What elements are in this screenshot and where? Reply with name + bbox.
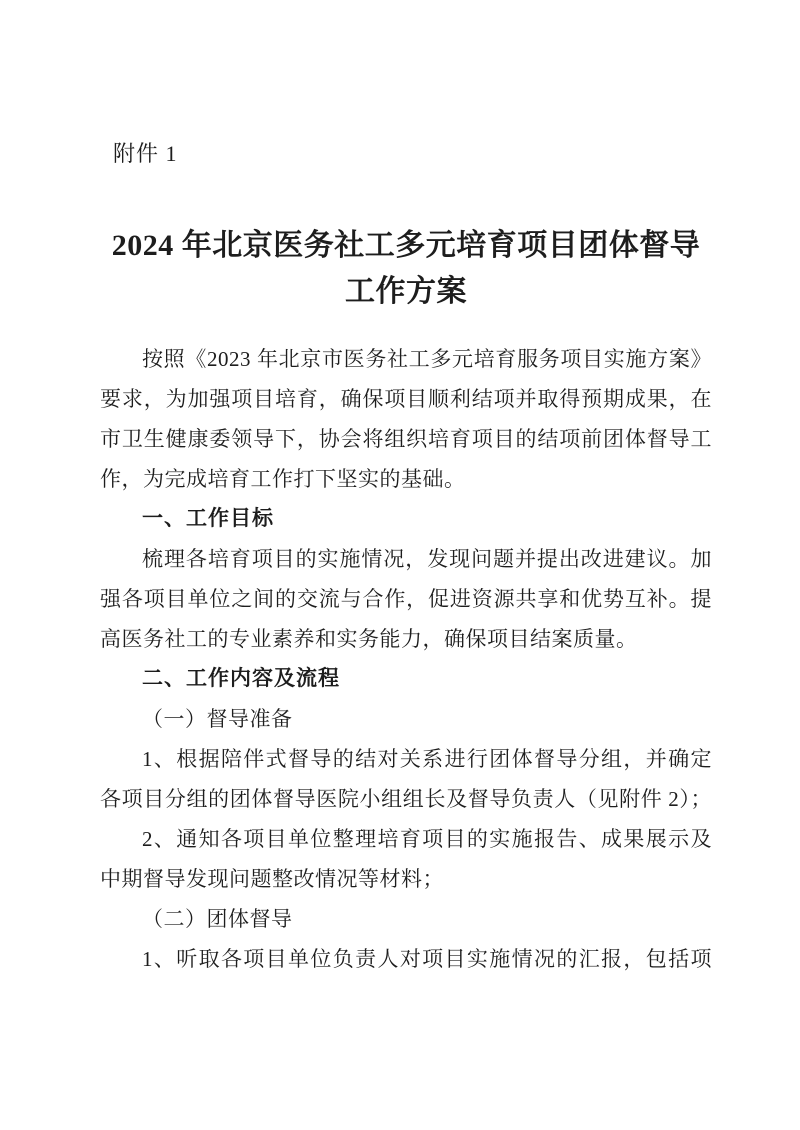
document-body: 按照《2023 年北京市医务社工多元培育服务项目实施方案》 要求，为加强项目培育… — [100, 339, 712, 979]
section-2-item-2-line-1: 2、通知各项目单位整理培育项目的实施报告、成果展示及 — [100, 819, 712, 859]
section-2-item-1-line-2: 各项目分组的团体督导医院小组组长及督导负责人（见附件 2）； — [100, 779, 712, 819]
section-1-line-3: 高医务社工的专业素养和实务能力，确保项目结案质量。 — [100, 619, 712, 659]
intro-line-3: 市卫生健康委领导下，协会将组织培育项目的结项前团体督导工 — [100, 419, 712, 459]
intro-line-1: 按照《2023 年北京市医务社工多元培育服务项目实施方案》 — [100, 339, 712, 379]
document-title-line-2: 工作方案 — [100, 269, 712, 315]
section-2-sub-1-heading: （一）督导准备 — [100, 699, 712, 739]
section-2-item-3-line-1: 1、听取各项目单位负责人对项目实施情况的汇报，包括项 — [100, 939, 712, 979]
document-page: 附件 1 2024 年北京医务社工多元培育项目团体督导 工作方案 按照《2023… — [0, 0, 800, 1130]
section-1-line-2: 强各项目单位之间的交流与合作，促进资源共享和优势互补。提 — [100, 579, 712, 619]
attachment-label: 附件 1 — [113, 0, 800, 167]
section-2-item-1-line-1: 1、根据陪伴式督导的结对关系进行团体督导分组，并确定 — [100, 739, 712, 779]
section-1-heading: 一、工作目标 — [100, 499, 712, 539]
document-title-line-1: 2024 年北京医务社工多元培育项目团体督导 — [100, 223, 712, 269]
intro-line-4: 作，为完成培育工作打下坚实的基础。 — [100, 459, 712, 499]
section-1-line-1: 梳理各培育项目的实施情况，发现问题并提出改进建议。加 — [100, 539, 712, 579]
intro-line-2: 要求，为加强项目培育，确保项目顺利结项并取得预期成果，在 — [100, 379, 712, 419]
document-title: 2024 年北京医务社工多元培育项目团体督导 工作方案 — [100, 223, 712, 315]
section-2-item-2-line-2: 中期督导发现问题整改情况等材料； — [100, 859, 712, 899]
section-2-sub-2-heading: （二）团体督导 — [100, 899, 712, 939]
section-2-heading: 二、工作内容及流程 — [100, 659, 712, 699]
